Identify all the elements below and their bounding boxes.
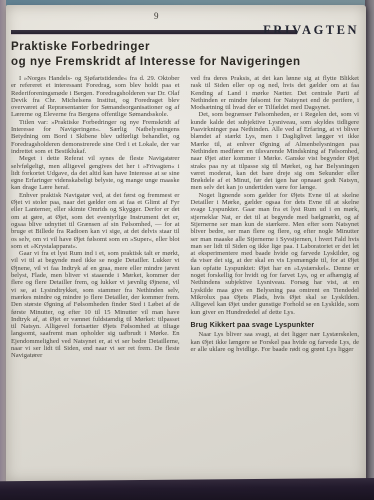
paragraph: ved fra deres Praksis, at det kan lønne … (191, 75, 360, 111)
left-column: I »Norges Handels- og Sjøfartstidende« f… (11, 75, 180, 472)
header-rule (11, 30, 297, 34)
paragraph: Noget lignende som gælder for Øjets Evne… (191, 192, 360, 316)
scanned-magazine-photo: 9 FRIVAGTEN Praktiske Forbedringer og ny… (0, 0, 374, 500)
scan-bottom-edge (0, 478, 374, 500)
page-header: FRIVAGTEN (11, 23, 359, 39)
paragraph: Titlen var: »Praktiske Forbedringer og n… (11, 119, 180, 155)
article-title-line-1: Praktiske Forbedringer (11, 41, 358, 53)
scan-right-edge (365, 0, 374, 500)
paragraph: Naar Lys bliver saa svagt, at det ligger… (191, 331, 360, 353)
masthead-title: FRIVAGTEN (263, 23, 359, 38)
section-subheading: Brug Kikkert paa svage Lyspunkter (191, 322, 360, 329)
paragraph: Enhver praktisk Navigatør ved, at det fø… (11, 192, 180, 250)
paragraph: Det, som begrænser Følsomheden, er i Reg… (191, 111, 360, 191)
paragraph: Gaar vi fra et lyst Rum ind i et, som pr… (11, 250, 180, 359)
right-column: ved fra deres Praksis, at det kan lønne … (191, 75, 360, 472)
article-title: Praktiske Forbedringer og nye Fremskridt… (11, 41, 358, 68)
page-number: 9 (154, 11, 160, 21)
article-body: I »Norges Handels- og Sjøfartstidende« f… (11, 75, 359, 472)
article-title-line-2: og nye Fremskridt af Interesse for Navig… (11, 56, 358, 68)
magazine-page: 9 FRIVAGTEN Praktiske Forbedringer og ny… (6, 5, 366, 482)
paragraph: I »Norges Handels- og Sjøfartstidende« f… (11, 75, 180, 119)
paragraph: Meget i dette Referat vil synes de flest… (11, 155, 180, 191)
